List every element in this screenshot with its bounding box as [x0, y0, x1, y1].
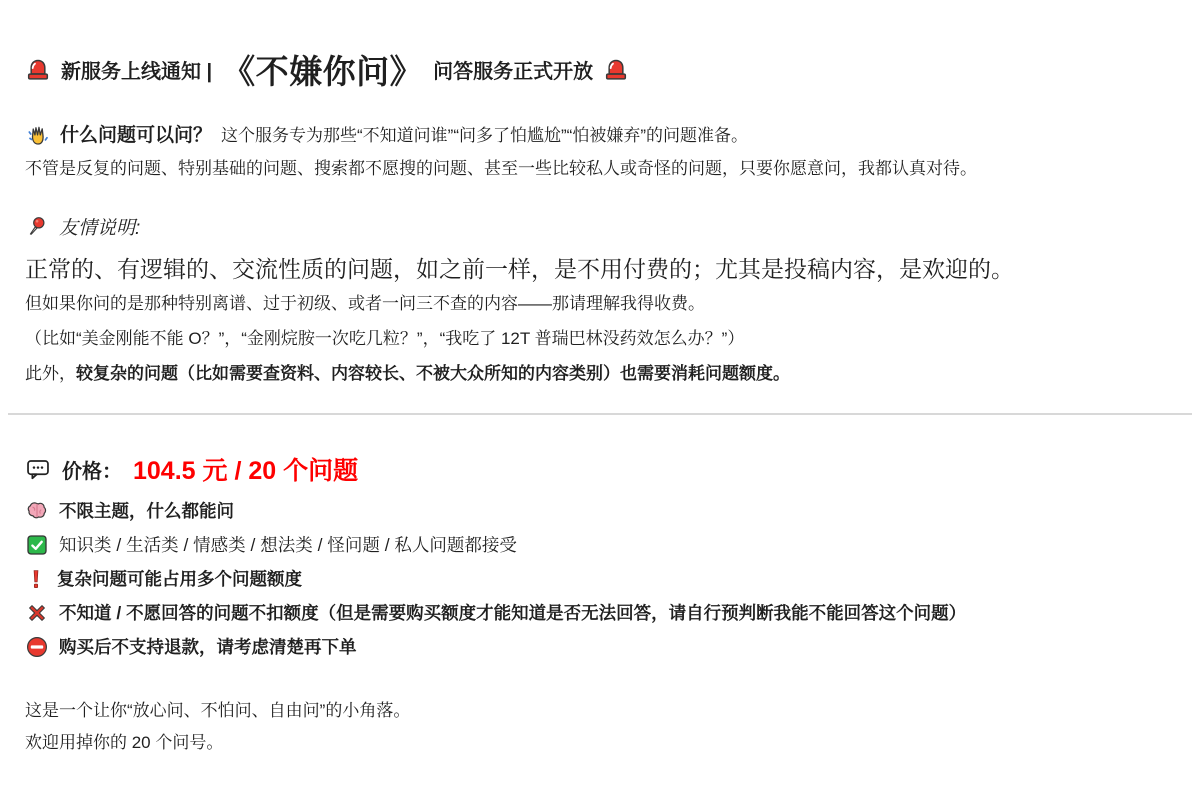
pricing-item-text: 购买后不支持退款，请考虑清楚再下单 [59, 635, 357, 659]
pricing-item-no-refund: 购买后不支持退款，请考虑清楚再下单 [25, 635, 1175, 659]
pushpin-icon [25, 215, 49, 239]
notice-free-line: 正常的、有逻辑的、交流性质的问题，如之前一样，是不用付费的；尤其是投稿内容，是欢… [25, 252, 1175, 286]
notice-examples-line: （比如“美金刚能不能 O？”，“金刚烷胺一次吃几粒？”，“我吃了 12T 普瑞巴… [25, 321, 1175, 356]
pricing-item-text: 不限主题，什么都能问 [59, 499, 234, 523]
notice-paid-line: 但如果你问的是那种特别离谱、过于初级、或者一问三不查的内容——那请理解我得收费。 [25, 286, 1175, 321]
exclamation-icon [25, 567, 47, 591]
notice-section: 友情说明: 正常的、有逻辑的、交流性质的问题，如之前一样，是不用付费的；尤其是投… [25, 213, 1175, 391]
pricing-item-text: 复杂问题可能占用多个问题额度 [57, 567, 302, 591]
check-icon [25, 533, 49, 557]
notice-heading-text: 友情说明: [59, 213, 140, 240]
pricing-item-no-deduction: 不知道 / 不愿回答的问题不扣额度（但是需要购买额度才能知道是否无法回答，请自行… [25, 601, 1175, 625]
pricing-section: 价格： 104.5 元 / 20 个问题 不限主题，什么都能问 知识类 / 生活… [25, 451, 1175, 659]
title-part2: 问答服务正式开放 [433, 55, 593, 84]
pricing-item-quota: 复杂问题可能占用多个问题额度 [25, 567, 1175, 591]
pricing-item-text: 不知道 / 不愿回答的问题不扣额度（但是需要购买额度才能知道是否无法回答，请自行… [59, 601, 966, 625]
page-title: 新服务上线通知 | 《不嫌你问》 问答服务正式开放 [25, 46, 1175, 93]
pricing-item-text: 知识类 / 生活类 / 情感类 / 想法类 / 怪问题 / 私人问题都接受 [59, 533, 517, 557]
intro-detail-line: 不管是反复的问题、特别基础的问题、搜索都不愿搜的问题、甚至一些比较私人或奇怪的问… [25, 152, 1175, 185]
section-divider [8, 413, 1192, 415]
intro-question-rest: 这个服务专为那些“不知道问谁”“问多了怕尴尬”“怕被嫌弃”的问题准备。 [221, 119, 748, 152]
waving-hand-icon [25, 123, 51, 149]
notice-complex-bold: 较复杂的问题（比如需要查资料、内容较长、不被大众所知的内容类别）也需要消耗问题额… [76, 364, 790, 383]
speech-bubble-icon [25, 456, 51, 482]
price-line: 价格： 104.5 元 / 20 个问题 [25, 451, 1175, 487]
siren-icon [603, 57, 629, 83]
cross-icon [25, 601, 49, 625]
pricing-item-categories: 知识类 / 生活类 / 情感类 / 想法类 / 怪问题 / 私人问题都接受 [25, 533, 1175, 557]
announcement-page: 新服务上线通知 | 《不嫌你问》 问答服务正式开放 什么问题可以问？ 这个服务专… [0, 0, 1200, 759]
intro-question-line: 什么问题可以问？ 这个服务专为那些“不知道问谁”“问多了怕尴尬”“怕被嫌弃”的问… [25, 119, 1175, 152]
siren-icon [25, 57, 51, 83]
pricing-item-topics: 不限主题，什么都能问 [25, 499, 1175, 523]
footer-section: 这是一个让你“放心问、不怕问、自由问”的小角落。 欢迎用掉你的 20 个问号。 [25, 695, 1175, 759]
footer-line1: 这是一个让你“放心问、不怕问、自由问”的小角落。 [25, 695, 1175, 727]
notice-complex-prefix: 此外， [25, 364, 76, 383]
title-part1: 新服务上线通知 | [61, 55, 212, 84]
price-label: 价格： [62, 455, 122, 484]
intro-section: 什么问题可以问？ 这个服务专为那些“不知道问谁”“问多了怕尴尬”“怕被嫌弃”的问… [25, 119, 1175, 185]
notice-complex-line: 此外，较复杂的问题（比如需要查资料、内容较长、不被大众所知的内容类别）也需要消耗… [25, 356, 1175, 391]
intro-question-bold: 什么问题可以问？ [60, 119, 212, 152]
notice-heading: 友情说明: [25, 213, 1175, 240]
brain-icon [25, 499, 49, 523]
no-entry-icon [25, 635, 49, 659]
footer-line2: 欢迎用掉你的 20 个问号。 [25, 727, 1175, 759]
title-service-name: 《不嫌你问》 [222, 46, 423, 93]
price-value: 104.5 元 / 20 个问题 [133, 451, 358, 487]
